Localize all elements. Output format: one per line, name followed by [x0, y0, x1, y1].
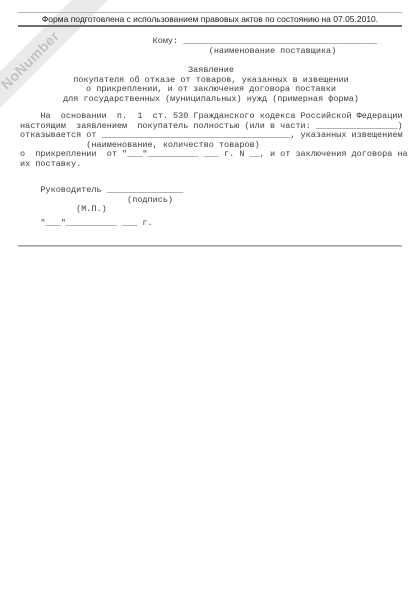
document-title: Заявление покупателя об отказе от товаро…	[20, 66, 402, 104]
bottom-divider	[18, 245, 402, 247]
header-note: Форма подготовлена с использованием прав…	[18, 12, 402, 27]
recipient-block: Кому: __________________________________…	[20, 37, 377, 56]
date-line: "___"__________ ___ г.	[20, 219, 153, 229]
header-note-text: Форма подготовлена с использованием прав…	[18, 13, 402, 25]
body-paragraph: На основании п. 1 ст. 530 Гражданского к…	[20, 112, 408, 169]
signature-block: Руководитель _______________ (подпись) (…	[20, 186, 183, 215]
document-page: NoNumber Форма подготовлена с использова…	[0, 0, 420, 600]
